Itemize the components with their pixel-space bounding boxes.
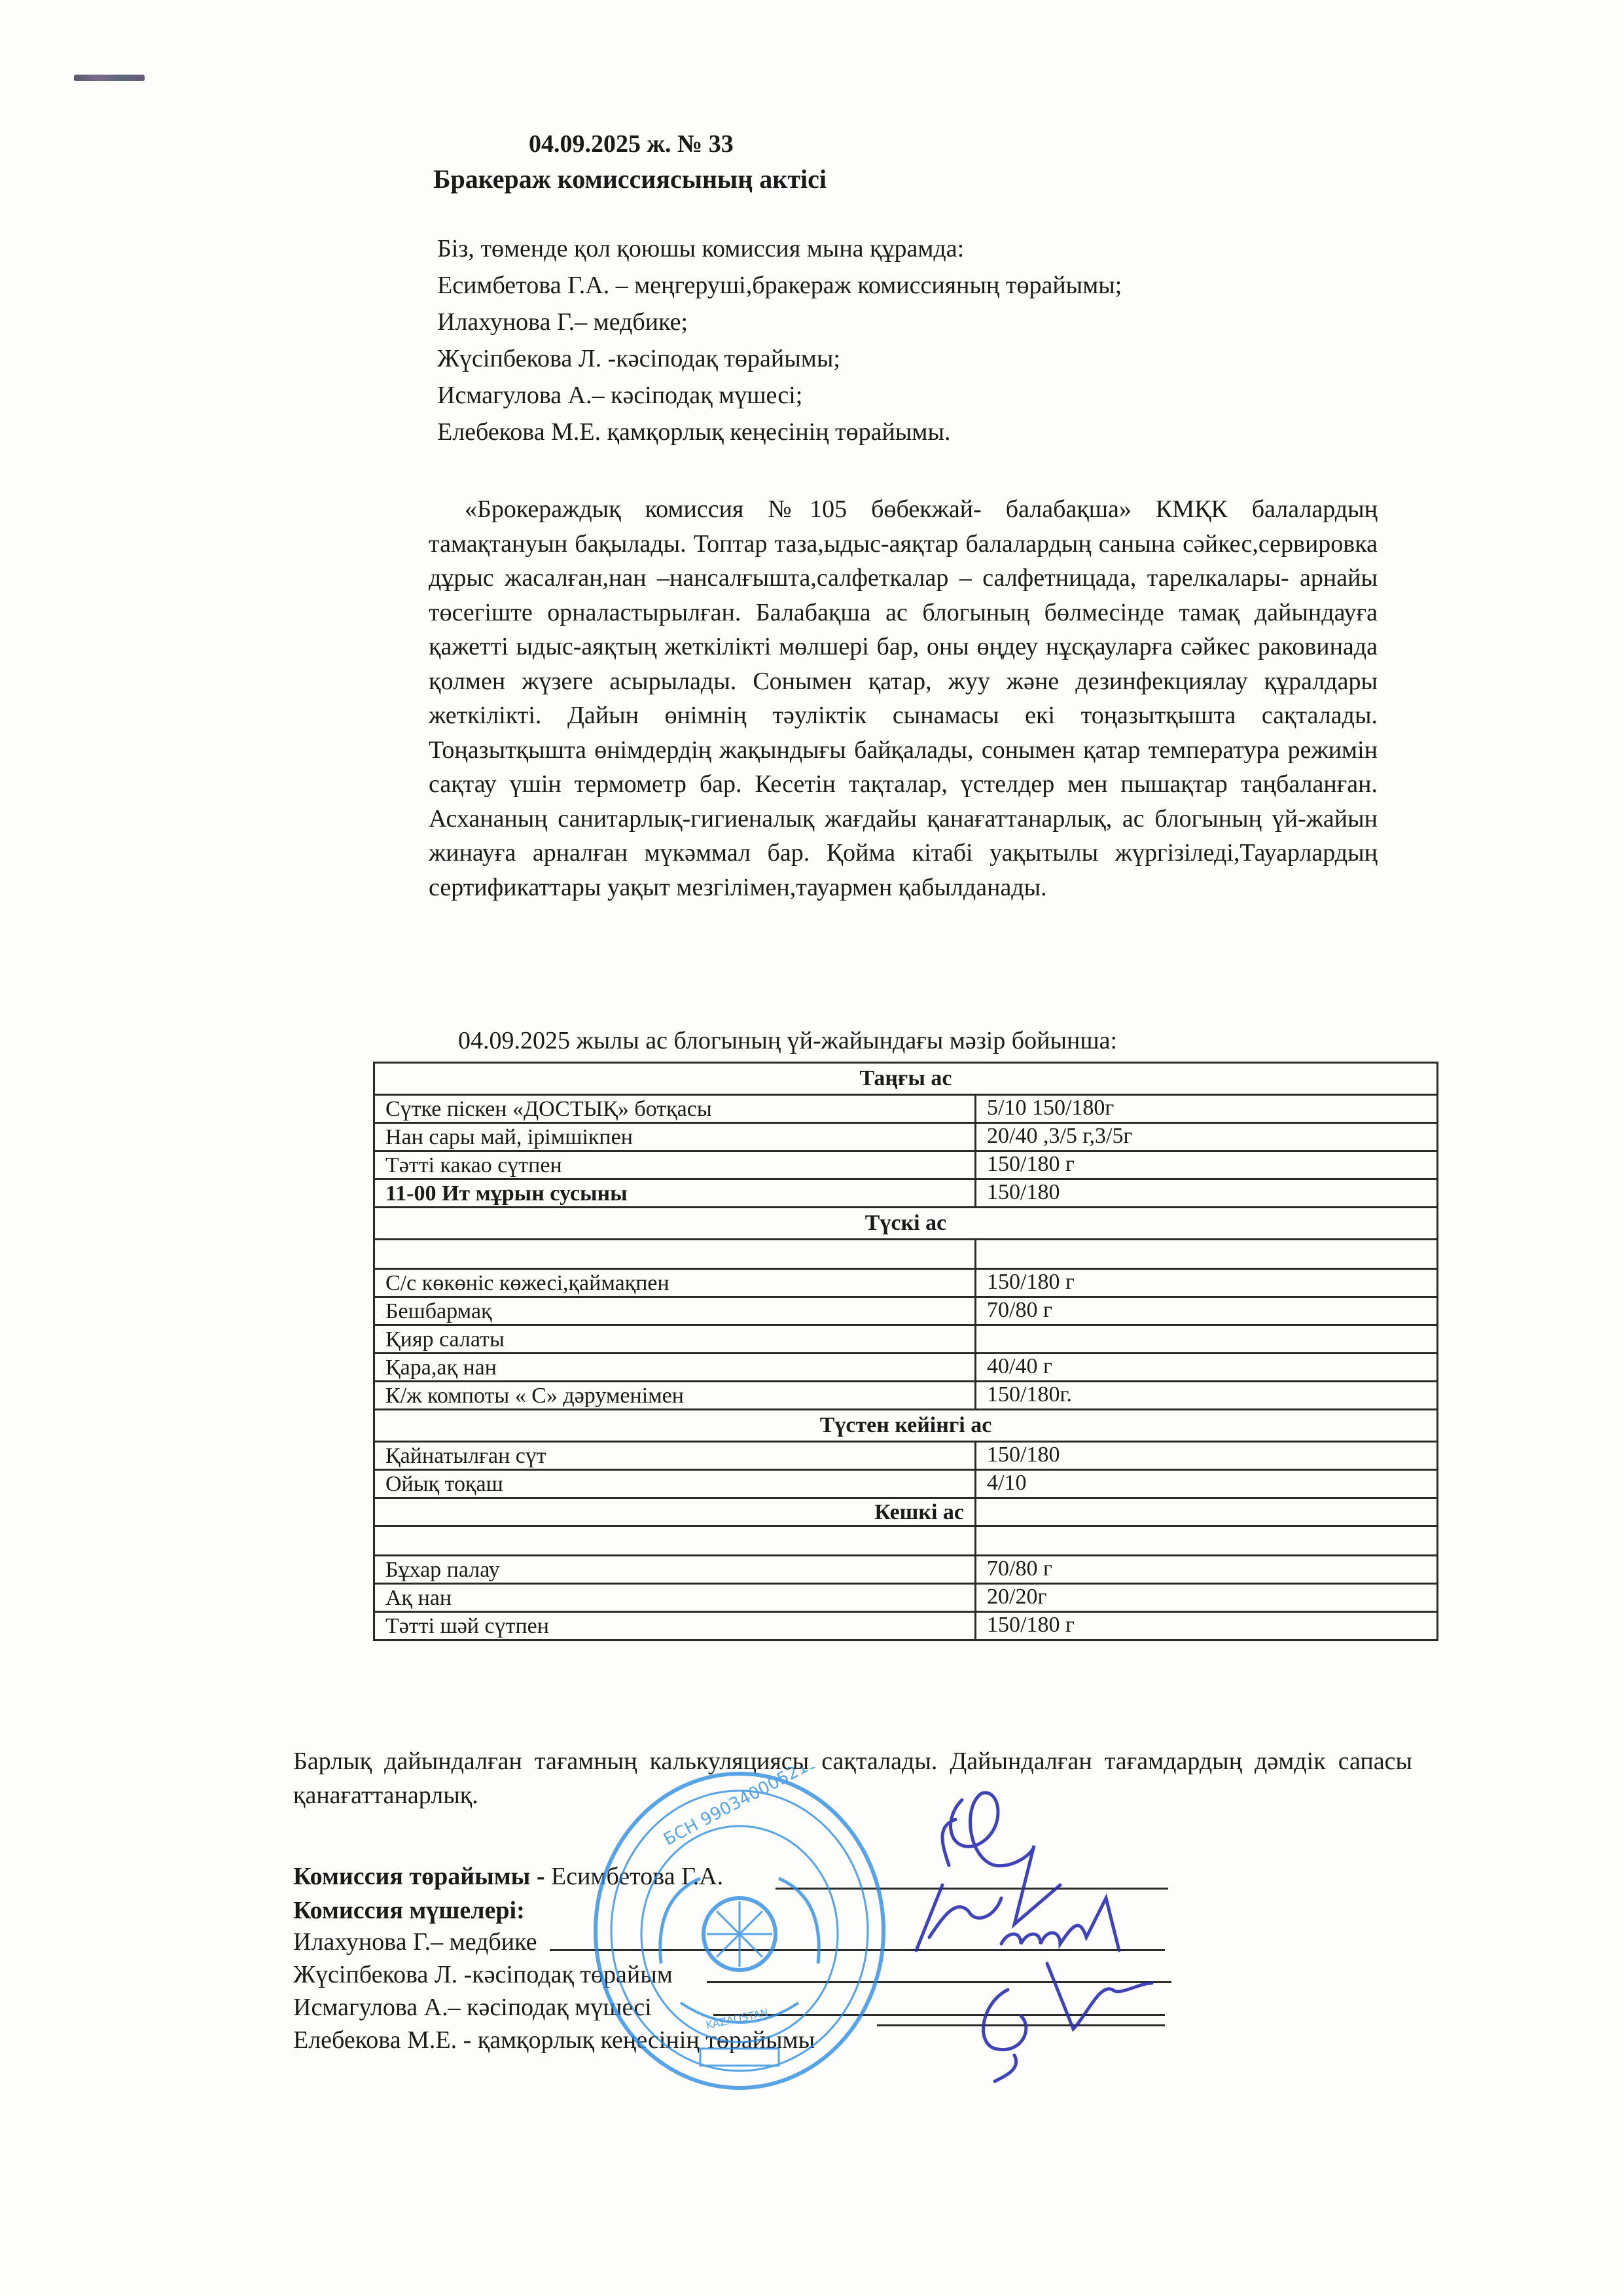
dish-quantity: 40/40 г: [976, 1354, 1438, 1382]
dish-name: Сүтке піскен «ДОСТЫҚ» ботқасы: [374, 1095, 976, 1123]
members-label: Комиссия мүшелері:: [293, 1896, 525, 1925]
table-row: [374, 1240, 1438, 1269]
table-row: Қияр салаты: [374, 1325, 1438, 1354]
dish-quantity: 150/180: [976, 1442, 1438, 1470]
dish-quantity: [976, 1325, 1438, 1354]
chair-label: Комиссия төрайымы -: [293, 1863, 544, 1890]
dish-name: Ойық тоқаш: [374, 1470, 976, 1498]
dish-quantity: 150/180 г: [976, 1269, 1438, 1297]
member-line: Илахунова Г.– медбике;: [437, 304, 1122, 340]
section-title: Түстен кейінгі ас: [374, 1410, 1438, 1442]
commission-members-list: Біз, төменде қол қоюшы комиссия мына құр…: [437, 230, 1122, 450]
svg-text:БСН 990340005213: БСН 990340005213: [660, 1767, 821, 1850]
dish-name: Ақ нан: [374, 1584, 976, 1612]
inspection-paragraph: «Брокераждық комиссия №105 бөбекжай- бал…: [429, 492, 1378, 905]
dish-name: Нан сары май, ірімшікпен: [374, 1123, 976, 1151]
section-header-dinner: Кешкі ас: [374, 1498, 1438, 1526]
member-line: Есимбетова Г.А. – меңгеруші,бракераж ком…: [437, 267, 1122, 304]
table-row: Бұхар палау 70/80 г: [374, 1556, 1438, 1584]
dish-name: Қара,ақ нан: [374, 1354, 976, 1382]
table-row: С/с көкөніс көжесі,қаймақпен 150/180 г: [374, 1269, 1438, 1297]
document-title: Бракераж комиссиясының актісі: [433, 164, 827, 194]
svg-text:KAZAQSTAN: KAZAQSTAN: [705, 2006, 770, 2032]
table-row: 11-00 Ит мұрын сусыны 150/180: [374, 1179, 1438, 1208]
dish-quantity: 20/20г: [976, 1584, 1438, 1612]
handwritten-signatures-icon: [903, 1767, 1270, 2134]
dish-quantity: [976, 1498, 1438, 1526]
table-row: Қара,ақ нан 40/40 г: [374, 1354, 1438, 1382]
dish-name: Тәтті шәй сүтпен: [374, 1612, 976, 1640]
dish-name: [374, 1240, 976, 1269]
members-intro: Біз, төменде қол қоюшы комиссия мына құр…: [437, 230, 1122, 267]
dish-quantity: 150/180г.: [976, 1382, 1438, 1410]
section-header-breakfast: Таңғы ас: [374, 1063, 1438, 1095]
section-header-afternoon-snack: Түстен кейінгі ас: [374, 1410, 1438, 1442]
dish-quantity: 4/10: [976, 1470, 1438, 1498]
menu-caption: 04.09.2025 жылы ас блогының үй-жайындағы…: [458, 1026, 1117, 1055]
table-row: Тәтті какао сүтпен 150/180 г: [374, 1151, 1438, 1179]
member-line: Исмагулова А.– кәсіподақ мүшесі;: [437, 377, 1122, 414]
document-number: 04.09.2025 ж. № 33: [529, 130, 734, 158]
dish-quantity: 150/180 г: [976, 1151, 1438, 1179]
dish-name: 11-00 Ит мұрын сусыны: [374, 1179, 976, 1208]
dish-name: С/с көкөніс көжесі,қаймақпен: [374, 1269, 976, 1297]
staple-mark: [74, 75, 145, 81]
section-title: Кешкі ас: [374, 1498, 976, 1526]
table-row: Сүтке піскен «ДОСТЫҚ» ботқасы 5/10 150/1…: [374, 1095, 1438, 1123]
member-line: Жүсіпбекова Л. -кәсіподақ төрайымы;: [437, 340, 1122, 377]
dish-name: Қияр салаты: [374, 1325, 976, 1354]
table-row: Тәтті шәй сүтпен 150/180 г: [374, 1612, 1438, 1640]
table-row: Бешбармақ 70/80 г: [374, 1297, 1438, 1325]
section-title: Таңғы ас: [374, 1063, 1438, 1095]
dish-quantity: 150/180: [976, 1179, 1438, 1208]
dish-name: [374, 1526, 976, 1556]
dish-name: Бұхар палау: [374, 1556, 976, 1584]
dish-name: Қайнатылған сүт: [374, 1442, 976, 1470]
table-row: К/ж компоты « С» дәруменімен 150/180г.: [374, 1382, 1438, 1410]
dish-quantity: [976, 1526, 1438, 1556]
dish-name: Тәтті какао сүтпен: [374, 1151, 976, 1179]
dish-quantity: 5/10 150/180г: [976, 1095, 1438, 1123]
dish-quantity: 20/40 ,3/5 г,3/5г: [976, 1123, 1438, 1151]
table-row: Ақ нан 20/20г: [374, 1584, 1438, 1612]
section-header-lunch: Түскі ас: [374, 1208, 1438, 1240]
section-title: Түскі ас: [374, 1208, 1438, 1240]
dish-quantity: 150/180 г: [976, 1612, 1438, 1640]
dish-name: К/ж компоты « С» дәруменімен: [374, 1382, 976, 1410]
table-row: Ойық тоқаш 4/10: [374, 1470, 1438, 1498]
table-row: Нан сары май, ірімшікпен 20/40 ,3/5 г,3/…: [374, 1123, 1438, 1151]
dish-name: Бешбармақ: [374, 1297, 976, 1325]
table-row: Қайнатылған сүт 150/180: [374, 1442, 1438, 1470]
organization-stamp-icon: БСН 990340005213 KAZAQSTAN: [589, 1767, 890, 2094]
dish-quantity: [976, 1240, 1438, 1269]
dish-quantity: 70/80 г: [976, 1556, 1438, 1584]
member-line: Елебекова М.Е. қамқорлық кеңесінің төрай…: [437, 414, 1122, 450]
menu-table: Таңғы ас Сүтке піскен «ДОСТЫҚ» ботқасы 5…: [373, 1062, 1438, 1641]
table-row: [374, 1526, 1438, 1556]
member-signature-row: Илахунова Г.– медбике: [293, 1928, 537, 1956]
dish-quantity: 70/80 г: [976, 1297, 1438, 1325]
